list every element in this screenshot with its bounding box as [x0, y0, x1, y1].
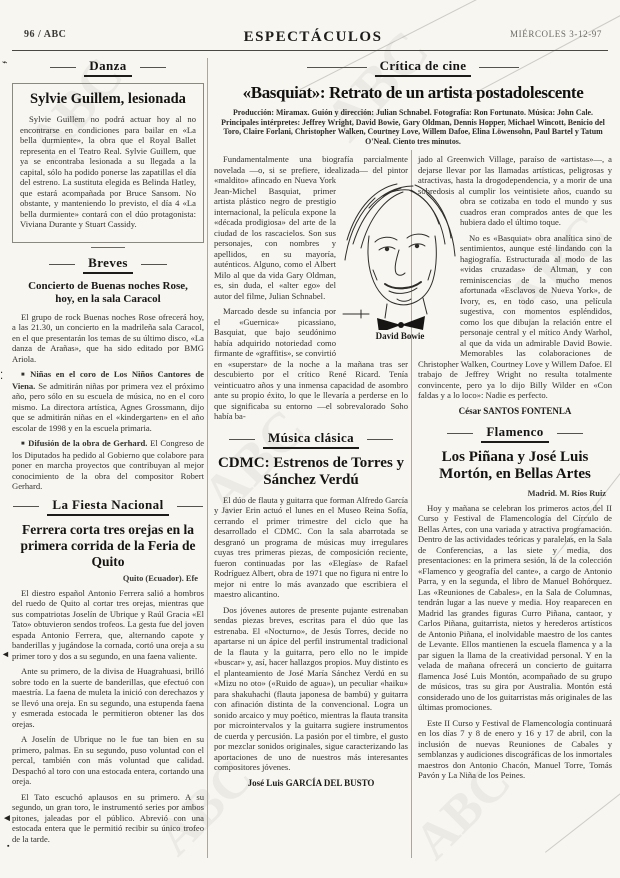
flamenco-headline: Los Piñana y José Luis Mortón, en Bellas… [418, 449, 612, 483]
scan-mark: ⁚ [0, 372, 3, 382]
paragraph: Ante su primero, de la divisa de Huagrah… [12, 666, 204, 729]
section-label: Breves [83, 255, 133, 274]
byline-cine: César SANTOS FONTENLA [418, 406, 612, 416]
header-rule [12, 50, 608, 51]
flamenco-section: Flamenco Los Piñana y José Luis Mortón, … [418, 424, 612, 781]
paragraph: Hoy y mañana se celebran los primeros ac… [418, 503, 612, 713]
header-dash [557, 433, 583, 434]
dateline: Madrid. M. Ríos Ruiz [424, 489, 606, 498]
musica-section: Música clásica CDMC: Estrenos de Torres … [214, 430, 408, 788]
review-headline: «Basquiat»: Retrato de un artista postad… [214, 83, 612, 103]
header-dash [140, 67, 166, 68]
section-label: Crítica de cine [375, 58, 472, 77]
square-bullet-icon: ■ [21, 441, 25, 447]
section-header-musica-clasica: Música clásica [214, 430, 408, 449]
header-dash [50, 67, 76, 68]
figure-caption: David Bowie [335, 331, 465, 341]
brief-intro: El grupo de rock Buenas noches Rose ofre… [12, 312, 204, 365]
bullfight-headline: Ferrera corta tres orejas en la primera … [12, 522, 204, 570]
masthead: 96 / ABC ESPECTÁCULOS MIÉRCOLES 3-12-97 [24, 29, 602, 40]
section-header-flamenco: Flamenco [418, 424, 612, 443]
header-dash [49, 264, 75, 265]
left-column: Danza Sylvie Guillem, lesionada Sylvie G… [12, 56, 204, 849]
scan-mark: ▪ [7, 843, 9, 850]
section-label: Flamenco [481, 424, 548, 443]
brief-headline: Concierto de Buenas noches Rose, hoy, en… [18, 280, 198, 306]
brief-item-text: Se admitirán niñas por primera vez el pr… [12, 381, 204, 433]
scan-mark: ⌁ [2, 58, 7, 67]
brief-item-lead: Difusión de la obra de Gerhard. [28, 438, 147, 448]
section-label: Música clásica [263, 430, 359, 449]
paragraph: El dúo de flauta y guitarra que forman A… [214, 495, 408, 600]
brief-item: ■Difusión de la obra de Gerhard. El Cong… [12, 438, 204, 492]
scan-mark: ◄ [1, 650, 10, 659]
paragraph: El Tato escuchó aplausos en su primero. … [12, 792, 204, 845]
header-dash [13, 506, 39, 507]
header-dash [307, 67, 367, 68]
header-dash [229, 439, 255, 440]
header-dash [177, 506, 203, 507]
newspaper-page: ABC ABC ABC ABC ABC ABC ⌁ ⁚ ◄ ◄ ▪ 96 / A… [0, 0, 620, 878]
scan-mark: ◄ [2, 814, 12, 824]
header-dash [447, 433, 473, 434]
david-bowie-sketch-icon [339, 178, 461, 330]
section-header-danza: Danza [12, 58, 204, 77]
section-label: Danza [84, 58, 131, 77]
paragraph: A Joselín de Ubrique no le fue tan bien … [12, 734, 204, 787]
end-of-article-rule [91, 247, 125, 248]
article-headline: Sylvie Guillem, lesionada [20, 91, 196, 108]
header-dash [479, 67, 519, 68]
section-label: La Fiesta Nacional [47, 497, 168, 516]
dateline: Quito (Ecuador). Efe [18, 574, 198, 583]
figure: David Bowie [335, 178, 465, 341]
section-header-fiesta-nacional: La Fiesta Nacional [12, 497, 204, 516]
main-area: Crítica de cine «Basquiat»: Retrato de u… [214, 56, 612, 792]
paragraph: Este II Curso y Festival de Flamencologí… [418, 718, 612, 781]
column-divider-left [207, 58, 208, 858]
byline-musica: José Luis GARCÍA DEL BUSTO [214, 778, 408, 788]
header-dash [141, 264, 167, 265]
section-header-critica-de-cine: Crítica de cine [214, 58, 612, 77]
section-header-breves: Breves [12, 255, 204, 274]
musica-headline: CDMC: Estrenos de Torres y Sánchez Verdú [214, 455, 408, 489]
square-bullet-icon: ■ [21, 372, 27, 378]
brief-item: ■Niñas en el coro de Los Niños Cantores … [12, 369, 204, 433]
page-section-title: ESPECTÁCULOS [24, 29, 602, 46]
film-credits: Producción: Miramax. Guión y dirección: … [218, 108, 608, 146]
paragraph: El diestro español Antonio Ferrera salió… [12, 588, 204, 662]
article-box-sylvie: Sylvie Guillem, lesionada Sylvie Guillem… [12, 83, 204, 243]
header-dash [367, 439, 393, 440]
article-body: Sylvie Guillem no podrá actuar hoy al no… [20, 114, 196, 230]
paragraph: Dos jóvenes autores de presente pujante … [214, 605, 408, 773]
review-body: David Bowie Fundamentalmente una biograf… [214, 154, 612, 792]
